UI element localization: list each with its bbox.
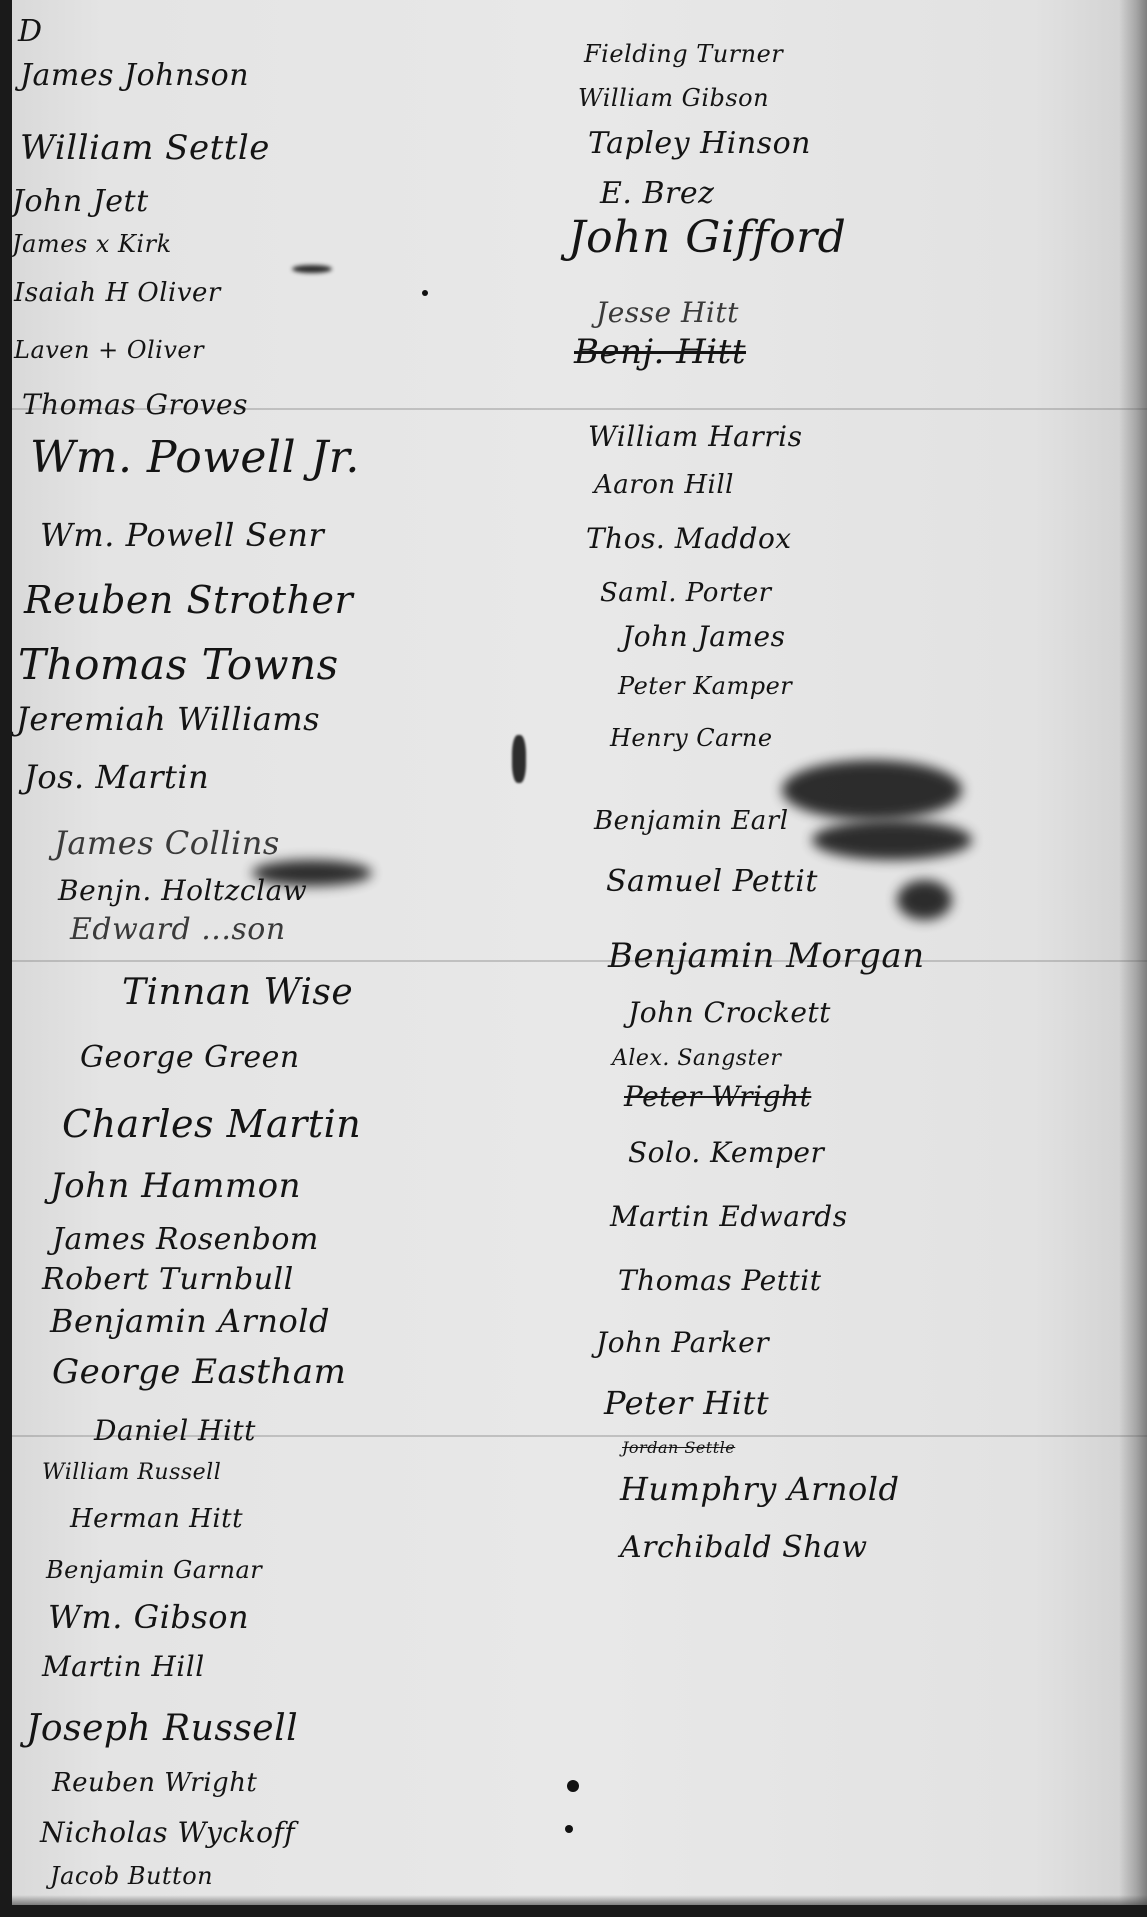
signature: E. Brez bbox=[600, 176, 714, 211]
signature: George Green bbox=[80, 1040, 300, 1075]
ink-blot bbox=[812, 820, 972, 860]
ink-dot bbox=[565, 1825, 573, 1833]
signature: Tapley Hinson bbox=[588, 126, 811, 161]
signature: Benjn. Holtzclaw bbox=[58, 874, 307, 907]
signature: Benjamin Morgan bbox=[608, 936, 925, 976]
ink-blot bbox=[897, 880, 952, 920]
signature: Humphry Arnold bbox=[620, 1470, 900, 1508]
page-fold bbox=[12, 960, 1147, 962]
signature: Daniel Hitt bbox=[94, 1414, 256, 1447]
signature: John Crockett bbox=[628, 996, 831, 1029]
header-mark: D bbox=[18, 14, 43, 49]
signature: Alex. Sangster bbox=[612, 1046, 781, 1071]
page-edge-shadow bbox=[1119, 0, 1147, 1905]
signature: Wm. Gibson bbox=[48, 1598, 249, 1636]
signature: Thomas Groves bbox=[22, 388, 248, 421]
signature: Benjamin Earl bbox=[594, 806, 789, 836]
signature: Thomas Pettit bbox=[618, 1264, 821, 1297]
signature: William Russell bbox=[42, 1460, 221, 1485]
signature: Herman Hitt bbox=[70, 1504, 243, 1534]
signature: James Johnson bbox=[20, 58, 249, 93]
signature: Reuben Wright bbox=[52, 1768, 257, 1798]
ink-blot bbox=[512, 735, 526, 783]
signature: Thomas Towns bbox=[18, 640, 339, 689]
signature: Thos. Maddox bbox=[586, 522, 792, 555]
ink-dot bbox=[422, 290, 428, 296]
manuscript-page: D James Johnson William Settle John Jett… bbox=[12, 0, 1147, 1905]
signature: Jacob Button bbox=[50, 1862, 213, 1890]
page-edge-shadow bbox=[12, 1895, 1147, 1905]
signature: Nicholas Wyckoff bbox=[40, 1816, 295, 1849]
signature: Joseph Russell bbox=[26, 1708, 298, 1749]
ink-blot bbox=[782, 760, 962, 820]
signature: John Gifford bbox=[568, 212, 846, 263]
signature: William Settle bbox=[20, 128, 270, 168]
signature: William Gibson bbox=[578, 84, 769, 112]
signature: Peter Wright bbox=[624, 1080, 811, 1113]
signature: Wm. Powell Senr bbox=[40, 516, 324, 554]
signature: Solo. Kemper bbox=[628, 1136, 824, 1169]
signature: Martin Edwards bbox=[610, 1200, 848, 1233]
signature: Robert Turnbull bbox=[42, 1262, 294, 1297]
signature: James Rosenbom bbox=[52, 1222, 319, 1257]
signature: Jordan Settle bbox=[622, 1438, 735, 1457]
signature: George Eastham bbox=[52, 1352, 346, 1392]
signature: Saml. Porter bbox=[600, 578, 772, 608]
signature: Reuben Strother bbox=[24, 578, 353, 622]
signature: John James bbox=[622, 620, 785, 653]
signature: Benj. Hitt bbox=[574, 332, 746, 372]
signature: Tinnan Wise bbox=[122, 972, 353, 1013]
signature: Jos. Martin bbox=[24, 758, 209, 796]
ink-blot bbox=[292, 265, 332, 273]
signature: Martin Hill bbox=[42, 1650, 205, 1683]
signature: Charles Martin bbox=[62, 1102, 361, 1146]
signature: Peter Hitt bbox=[604, 1384, 769, 1422]
signature: Archibald Shaw bbox=[620, 1530, 868, 1565]
signature: Aaron Hill bbox=[594, 470, 734, 500]
signature: Henry Carne bbox=[610, 724, 773, 752]
signature: William Harris bbox=[588, 420, 802, 453]
signature: Edward ...son bbox=[70, 912, 286, 947]
signature: James Collins bbox=[54, 824, 280, 862]
ink-dot bbox=[567, 1780, 579, 1792]
signature: Isaiah H Oliver bbox=[14, 278, 221, 308]
signature: John Parker bbox=[596, 1326, 769, 1359]
signature: Benjamin Arnold bbox=[50, 1302, 330, 1340]
signature: Wm. Powell Jr. bbox=[30, 432, 360, 483]
signature: Samuel Pettit bbox=[606, 864, 818, 899]
signature: Jesse Hitt bbox=[596, 296, 739, 329]
signature: Benjamin Garnar bbox=[46, 1556, 262, 1584]
signature: Peter Kamper bbox=[618, 672, 792, 700]
signature: Jeremiah Williams bbox=[16, 700, 320, 738]
signature: John Jett bbox=[12, 184, 149, 219]
signature: Laven + Oliver bbox=[14, 336, 204, 364]
signature: James x Kirk bbox=[12, 230, 172, 258]
signature: Fielding Turner bbox=[584, 40, 783, 68]
signature: John Hammon bbox=[50, 1166, 301, 1206]
